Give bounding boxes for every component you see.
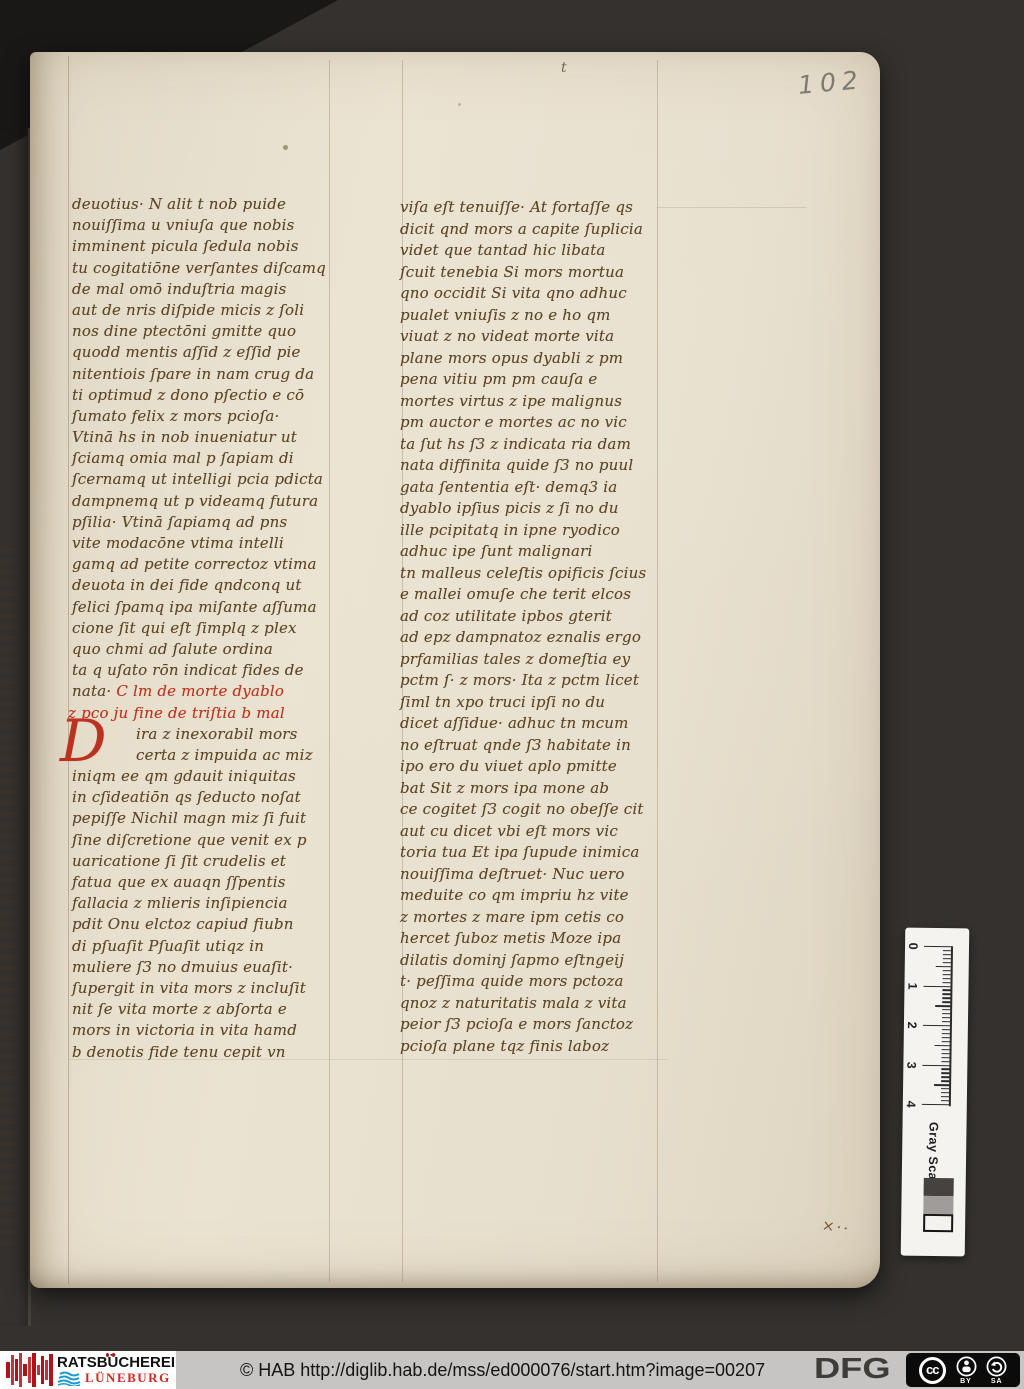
manuscript-line: pctm ſ· z mors· Ita z pctm licet <box>400 670 666 692</box>
rubric-text: C lm de morte dyablo <box>116 682 284 700</box>
ink-text: nata· <box>72 682 116 700</box>
library-logo-bars <box>6 1353 54 1387</box>
manuscript-line: nos dine ptectōni gmitte quo <box>72 322 338 343</box>
manuscript-line: in cſideatiōn qs ſeducto noſat <box>72 788 338 809</box>
logo-bar <box>49 1354 53 1386</box>
ink-text: ſupergit in vita mors z incluſit <box>72 979 306 997</box>
ink-text: dilatis dominj ſapmo eſtngeij <box>400 951 624 969</box>
ink-text: quodd mentis aſſid z eſſid pie <box>72 343 301 361</box>
ruler-number: 1 <box>905 978 920 993</box>
ink-text: pepiſſe Nichil magn miz ſi fuit <box>72 809 306 827</box>
ink-text: qnoz z naturitatis mala z vita <box>400 994 627 1012</box>
ruled-line-top <box>657 207 807 208</box>
ink-text: di pſuaſit Pſuaſit utiqz in <box>72 937 264 955</box>
manuscript-line: ta q uſato rōn indicat fides de <box>72 661 338 682</box>
ink-text: peior ſ3 pcioſa e mors ſanctoz <box>400 1015 633 1033</box>
logo-bar <box>19 1353 22 1387</box>
manuscript-line: certa z impuida ac miz <box>136 746 338 767</box>
manuscript-line: pſilia· Vtinā ſapiamq ad pns <box>72 513 338 534</box>
ink-text: nitentiois ſpare in nam crug da <box>72 365 314 383</box>
ink-text: pſilia· Vtinā ſapiamq ad pns <box>72 513 287 531</box>
manuscript-line: bat Sit z mors ipa mone ab <box>400 778 666 800</box>
ink-text: ad coz utilitate ipbos gterit <box>400 607 612 625</box>
manuscript-line: meduite co qm impriu hz vite <box>400 885 666 907</box>
ink-text: dampnemq ut p videamq futura <box>72 492 318 510</box>
library-logo: RATSBÜCHEREI LÜNEBURG <box>0 1351 176 1389</box>
ink-text: ira z inexorabil mors <box>136 725 298 743</box>
manuscript-line: t· peſſima quide mors pctoza <box>400 971 666 993</box>
manuscript-line: iniqm ee qm gdauit iniquitas <box>72 767 338 788</box>
manuscript-line: ti optimud z dono pſectio e cō <box>72 386 338 407</box>
manuscript-line: ſumato felix z mors pcioſa· <box>72 407 338 428</box>
ink-text: deuotius· N alit t nob puide <box>72 195 286 213</box>
library-city: LÜNEBURG <box>85 1370 171 1386</box>
ink-speck <box>283 145 288 150</box>
manuscript-line: gata ſententia eſt· demq3 ia <box>400 477 666 499</box>
ink-text: fatua que ex auaqn ſſpentis <box>72 873 286 891</box>
corner-ink-mark: ×·· <box>821 1216 852 1238</box>
ink-text: fallacia z mlieris inſipiencia <box>72 894 288 912</box>
manuscript-line: pualet vniuſis z no e ho qm <box>400 305 666 327</box>
ink-text: nata diffinita quide ſ3 no puul <box>400 456 633 474</box>
ink-text: ce cogitet ſ3 cogit no obeſſe cit <box>400 800 644 818</box>
ink-text: no eſtruat qnde ſ3 habitate in <box>400 736 631 754</box>
ink-text: toria tua Et ipa ſupude inimica <box>400 843 640 861</box>
cc-sa-group: SA <box>986 1356 1007 1385</box>
ink-text: plane mors opus dyabli z pm <box>400 349 623 367</box>
manuscript-line: viuat z no videat morte vita <box>400 326 666 348</box>
ink-text: aut de nris diſpide micis z ſoli <box>72 301 304 319</box>
manuscript-line: dicit qnd mors a capite ſuplicia <box>400 219 666 241</box>
manuscript-line: dicet aſſidue· adhuc tn mcum <box>400 713 666 735</box>
manuscript-line: pcioſa plane tqz finis laboz <box>400 1036 666 1058</box>
ink-text: ſine diſcretione que venit ex p <box>72 831 307 849</box>
ruler-number: 3 <box>904 1057 919 1072</box>
manuscript-line: peior ſ3 pcioſa e mors ſanctoz <box>400 1014 666 1036</box>
copyright-text: © HAB http://diglib.hab.de/mss/ed000076/… <box>240 1360 765 1381</box>
ink-text: pdit Onu elctoz capiud fiubn <box>72 915 294 933</box>
manuscript-line: dilatis dominj ſapmo eſtngeij <box>400 950 666 972</box>
ink-text: quo chmi ad ſalute ordina <box>72 640 273 658</box>
manuscript-line: no eſtruat qnde ſ3 habitate in <box>400 735 666 757</box>
ruler-tick <box>923 985 951 987</box>
ink-text: adhuc ipe ſunt malignari <box>400 542 592 560</box>
ink-text: pcioſa plane tqz finis laboz <box>400 1037 609 1055</box>
logo-bar <box>32 1353 36 1387</box>
manuscript-line: quo chmi ad ſalute ordina <box>72 640 338 661</box>
text-bleed-through <box>1 548 18 1248</box>
umlaut-dots <box>106 1353 109 1357</box>
manuscript-line: videt que tantad hic libata <box>400 240 666 262</box>
manuscript-line: nata diffinita quide ſ3 no puul <box>400 455 666 477</box>
waves-icon <box>57 1371 81 1386</box>
ink-text: viuat z no videat morte vita <box>400 327 614 345</box>
cc-license-badge: cc BY SA <box>906 1353 1020 1387</box>
footer-bar: RATSBÜCHEREI LÜNEBURG © HAB http://digli… <box>0 1351 1024 1389</box>
ink-text: deuota in dei fide qndconq ut <box>72 576 302 594</box>
ink-text: nouiſſima u vniuſa que nobis <box>72 216 295 234</box>
ink-text: imminent picula ſedula nobis <box>72 237 299 255</box>
cc-sa-icon <box>986 1356 1007 1377</box>
ink-text: mortes virtus z ipe malignus <box>400 392 622 410</box>
ink-text: tu cogitatiōne verſantes diſcamq <box>72 259 326 277</box>
ruler-number: 4 <box>904 1097 919 1112</box>
manuscript-line: di pſuaſit Pſuaſit utiqz in <box>72 937 338 958</box>
ink-text: meduite co qm impriu hz vite <box>400 886 629 904</box>
logo-bar <box>37 1365 40 1375</box>
manuscript-line: nitentiois ſpare in nam crug da <box>72 365 338 386</box>
manuscript-line: ſcuit tenebia Si mors mortua <box>400 262 666 284</box>
manuscript-line: tu cogitatiōne verſantes diſcamq <box>72 259 338 280</box>
ink-text: t· peſſima quide mors pctoza <box>400 972 624 990</box>
ruler-tick <box>935 1045 951 1047</box>
manuscript-line: viſa eſt tenuiſſe· At fortaſſe qs <box>400 197 666 219</box>
manuscript-line: quodd mentis aſſid z eſſid pie <box>72 343 338 364</box>
logo-bar <box>41 1356 45 1384</box>
manuscript-line: pm auctor e mortes ac no vic <box>400 412 666 434</box>
ink-text: nit ſe vita morte z abſorta e <box>72 1000 287 1018</box>
manuscript-line: ſciamq omia mal p ſapiam di <box>72 449 338 470</box>
manuscript-line: adhuc ipe ſunt malignari <box>400 541 666 563</box>
ruler-tick <box>934 1084 950 1086</box>
manuscript-line: aut cu dicet vbi eſt mors vic <box>400 821 666 843</box>
manuscript-line: dyablo ipſius picis z ſi no du <box>400 498 666 520</box>
dfg-logo: DFG <box>814 1353 891 1386</box>
ruler-tick <box>936 966 952 968</box>
manuscript-line: ſupergit in vita mors z incluſit <box>72 979 338 1000</box>
ink-text: tn malleus celeſtis opificis ſcius <box>400 564 646 582</box>
ruler-tick <box>935 1005 951 1007</box>
manuscript-line: fallacia z mlieris inſipiencia <box>72 894 338 915</box>
ink-text: z mortes z mare ipm cetis co <box>400 908 624 926</box>
right-text-column: viſa eſt tenuiſſe· At fortaſſe qsdicit q… <box>400 197 666 1057</box>
ink-text: viſa eſt tenuiſſe· At fortaſſe qs <box>400 198 633 216</box>
stray-ink-mark: t <box>561 60 567 76</box>
ink-text: nouiſſima deſtruet· Nuc uero <box>400 865 625 883</box>
ink-text: uaricatione ſi ſit crudelis et <box>72 852 286 870</box>
ink-text: felici ſpamq ipa miſante aſſuma <box>72 598 317 616</box>
ink-text: aut cu dicet vbi eſt mors vic <box>400 822 618 840</box>
left-text-column: deuotius· N alit t nob puidenouiſſima u … <box>72 195 338 1064</box>
manuscript-line: fatua que ex auaqn ſſpentis <box>72 873 338 894</box>
ink-text: e mallei omuſe che terit elcos <box>400 585 631 603</box>
manuscript-line: tn malleus celeſtis opificis ſcius <box>400 563 666 585</box>
manuscript-line: felici ſpamq ipa miſante aſſuma <box>72 598 338 619</box>
manuscript-line: imminent picula ſedula nobis <box>72 237 338 258</box>
ink-text: ſiml tn xpo truci ipſi no du <box>400 693 605 711</box>
ruler-number: 2 <box>905 1018 920 1033</box>
library-name-row2: LÜNEBURG <box>57 1370 171 1386</box>
manuscript-line: z pco ju fine de triſtia b mal <box>68 704 338 725</box>
ink-text: ipo ero du viuet aplo pmitte <box>400 757 617 775</box>
manuscript-line: ipo ero du viuet aplo pmitte <box>400 756 666 778</box>
cc-sa-label: SA <box>991 1378 1003 1385</box>
manuscript-line: ce cogitet ſ3 cogit no obeſſe cit <box>400 799 666 821</box>
manuscript-line: ſiml tn xpo truci ipſi no du <box>400 692 666 714</box>
ink-text: gata ſententia eſt· demq3 ia <box>400 478 617 496</box>
manuscript-line: mortes virtus z ipe malignus <box>400 391 666 413</box>
manuscript-line: hercet ſuboz metis Moze ipa <box>400 928 666 950</box>
manuscript-line: ad coz utilitate ipbos gterit <box>400 606 666 628</box>
manuscript-line: cione ſit qui eſt ſimplq z plex <box>72 619 338 640</box>
logo-bar <box>11 1355 14 1385</box>
ink-text: videt que tantad hic libata <box>400 241 606 259</box>
manuscript-line: muliere ſ3 no dmuius euaſit· <box>72 958 338 979</box>
manuscript-line: nouiſſima u vniuſa que nobis <box>72 216 338 237</box>
manuscript-line: deuota in dei fide qndconq ut <box>72 576 338 597</box>
ink-text: ti optimud z dono pſectio e cō <box>72 386 304 404</box>
ink-text: ſcernamq ut intelligi pcia pdicta <box>72 470 323 488</box>
cc-by-group: BY <box>956 1356 977 1385</box>
ink-text: mors in victoria in vita hamd <box>72 1021 297 1039</box>
ink-speck <box>458 103 461 106</box>
ruler-tick <box>924 946 952 948</box>
ink-text: ſumato felix z mors pcioſa· <box>72 407 280 425</box>
manuscript-line: ille pcipitatq in ipne ryodico <box>400 520 666 542</box>
ruler-tick <box>922 1104 950 1106</box>
ink-text: ſciamq omia mal p ſapiam di <box>72 449 294 467</box>
manuscript-line: plane mors opus dyabli z pm <box>400 348 666 370</box>
gray-swatch <box>923 1196 953 1214</box>
ink-text: gamq ad petite correctoz vtima <box>72 555 317 573</box>
logo-bar <box>15 1359 19 1381</box>
ruler-tick <box>923 1025 951 1027</box>
manuscript-line: qnoz z naturitatis mala z vita <box>400 993 666 1015</box>
ink-text: nos dine ptectōni gmitte quo <box>72 322 296 340</box>
ink-text: cione ſit qui eſt ſimplq z plex <box>72 619 297 637</box>
ink-text: dyablo ipſius picis z ſi no du <box>400 499 619 517</box>
adjacent-page-edge <box>0 128 31 1326</box>
ink-text: hercet ſuboz metis Moze ipa <box>400 929 621 947</box>
ruler-numbers: 01234 <box>904 946 921 1108</box>
initial-letter: D <box>60 712 107 770</box>
manuscript-line: de mal omō induſtria magis <box>72 280 338 301</box>
manuscript-line: ſcernamq ut intelligi pcia pdicta <box>72 470 338 491</box>
manuscript-line: ſine diſcretione que venit ex p <box>72 831 338 852</box>
ink-text: ta q uſato rōn indicat fides de <box>72 661 304 679</box>
cc-icon: cc <box>919 1357 946 1384</box>
manuscript-line: gamq ad petite correctoz vtima <box>72 555 338 576</box>
manuscript-line: nouiſſima deſtruet· Nuc uero <box>400 864 666 886</box>
gray-swatch <box>924 1178 954 1196</box>
ink-text: Vtinā hs in nob inueniatur ut <box>72 428 297 446</box>
manuscript-line: mors in victoria in vita hamd <box>72 1021 338 1042</box>
manuscript-line: pena vitiu pm pm cauſa e <box>400 369 666 391</box>
manuscript-line: vite modacōne vtima intelli <box>72 534 338 555</box>
ink-text: pena vitiu pm pm cauſa e <box>400 370 598 388</box>
ink-text: in cſideatiōn qs ſeducto noſat <box>72 788 301 806</box>
library-name: RATSBÜCHEREI <box>57 1354 175 1371</box>
manuscript-line: toria tua Et ipa ſupude inimica <box>400 842 666 864</box>
manuscript-line: qno occidit Si vita qno adhuc <box>400 283 666 305</box>
manuscript-line: aut de nris diſpide micis z ſoli <box>72 301 338 322</box>
grayscale-swatches <box>923 1178 954 1232</box>
manuscript-line: pdit Onu elctoz capiud fiubn <box>72 915 338 936</box>
grayscale-card: 01234 Gray Scale <box>901 928 970 1257</box>
ruler-tick <box>922 1064 950 1066</box>
ink-text: ſcuit tenebia Si mors mortua <box>400 263 624 281</box>
manuscript-line: ira z inexorabil mors <box>136 725 338 746</box>
cc-by-icon <box>956 1356 977 1377</box>
manuscript-line: b denotis fide tenu cepit vn <box>72 1043 338 1064</box>
ruler-number: 0 <box>906 939 921 954</box>
ink-text: pualet vniuſis z no e ho qm <box>400 306 611 324</box>
manuscript-line: prfamilias tales z domeſtia ey <box>400 649 666 671</box>
logo-bar <box>28 1357 31 1383</box>
ink-text: bat Sit z mors ipa mone ab <box>400 779 609 797</box>
digitized-manuscript-viewer: 102 t deuotius· N alit t nob puidenouiſſ… <box>0 0 1024 1389</box>
ink-text: ille pcipitatq in ipne ryodico <box>400 521 620 539</box>
logo-bar <box>45 1360 48 1380</box>
ink-text: vite modacōne vtima intelli <box>72 534 284 552</box>
gray-swatch <box>923 1214 953 1232</box>
folio-number: 102 <box>797 65 865 100</box>
manuscript-line: pepiſſe Nichil magn miz ſi fuit <box>72 809 338 830</box>
manuscript-line: dampnemq ut p videamq futura <box>72 492 338 513</box>
manuscript-line: nit ſe vita morte z abſorta e <box>72 1000 338 1021</box>
manuscript-line: deuotius· N alit t nob puide <box>72 195 338 216</box>
ink-text: ta ſut hs ſ3 z indicata ria dam <box>400 435 631 453</box>
ink-text: prfamilias tales z domeſtia ey <box>400 650 630 668</box>
logo-bar <box>23 1364 27 1376</box>
manuscript-line: e mallei omuſe che terit elcos <box>400 584 666 606</box>
ink-text: qno occidit Si vita qno adhuc <box>400 284 627 302</box>
cc-by-label: BY <box>960 1378 972 1385</box>
manuscript-line: Vtinā hs in nob inueniatur ut <box>72 428 338 449</box>
manuscript-line: z mortes z mare ipm cetis co <box>400 907 666 929</box>
manuscript-line: uaricatione ſi ſit crudelis et <box>72 852 338 873</box>
ink-text: dicit qnd mors a capite ſuplicia <box>400 220 643 238</box>
ink-text: muliere ſ3 no dmuius euaſit· <box>72 958 293 976</box>
manuscript-line: ta ſut hs ſ3 z indicata ria dam <box>400 434 666 456</box>
ink-text: ad epz dampnatoz eznalis ergo <box>400 628 641 646</box>
manuscript-line: ad epz dampnatoz eznalis ergo <box>400 627 666 649</box>
ink-text: b denotis fide tenu cepit vn <box>72 1043 286 1061</box>
ink-text: dicet aſſidue· adhuc tn mcum <box>400 714 629 732</box>
ink-text: pctm ſ· z mors· Ita z pctm licet <box>400 671 639 689</box>
manuscript-page: 102 t deuotius· N alit t nob puidenouiſſ… <box>30 52 880 1288</box>
logo-bar <box>6 1362 10 1378</box>
ink-text: de mal omō induſtria magis <box>72 280 286 298</box>
manuscript-line: nata· C lm de morte dyablo <box>72 682 338 703</box>
ruled-line-left-margin <box>68 56 69 1284</box>
grayscale-ruler <box>922 946 952 1108</box>
ink-text: certa z impuida ac miz <box>136 746 313 764</box>
ink-text: pm auctor e mortes ac no vic <box>400 413 627 431</box>
